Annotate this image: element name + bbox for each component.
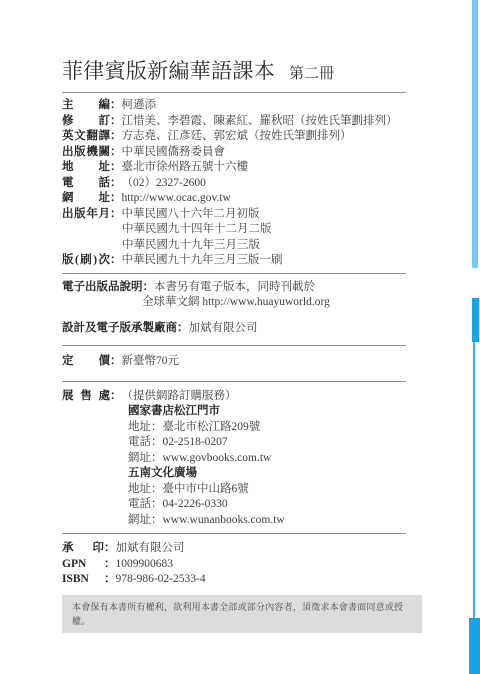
publication-info: 主編：柯遜添 修訂：江惜美、李碧霞、陳素紅、羅秋昭（按姓氏筆劃排列） 英文翻譯：… bbox=[62, 98, 422, 269]
row-colon: ： bbox=[151, 436, 163, 448]
divider bbox=[62, 92, 406, 93]
row-colon: ： bbox=[151, 421, 163, 433]
row-value: 江惜美、李碧霞、陳素紅、羅秋昭（按姓氏筆劃排列） bbox=[122, 114, 423, 130]
row-colon: ： bbox=[151, 498, 163, 510]
store-entry: 國家書店松江門市 地址：臺北市松江路209號 電話：02-2518-0207 網… bbox=[128, 404, 422, 528]
row-label: 展售處 bbox=[62, 389, 110, 405]
store-name: 五南文化廣場 bbox=[128, 466, 422, 482]
row-colon: ： bbox=[104, 572, 116, 588]
store-row: 網址：www.govbooks.com.tw bbox=[128, 451, 422, 467]
row-value: 04-2226-0330 bbox=[163, 498, 228, 510]
colophon-page: 菲律賓版新編華語課本 第二冊 主編：柯遜添 修訂：江惜美、李碧霞、陳素紅、羅秋昭… bbox=[0, 0, 480, 674]
row-value: 加斌有限公司 bbox=[116, 541, 423, 557]
epub-section: 電子出版品說明：本書另有電子版本，同時刊載於 全球華文網 http://www.… bbox=[62, 280, 422, 311]
row-colon: ： bbox=[110, 129, 122, 145]
row-label: 網址 bbox=[62, 191, 110, 207]
row-label: 出版年月 bbox=[62, 207, 110, 223]
price-row: 定價：新臺幣70元 bbox=[62, 354, 422, 370]
row-value: （02）2327-2600 bbox=[122, 176, 423, 192]
row-label: 設計及電子版承製廠商 bbox=[62, 321, 177, 337]
design-row: 設計及電子版承製廠商：加斌有限公司 bbox=[62, 321, 422, 337]
divider bbox=[62, 381, 406, 382]
row-colon: ： bbox=[110, 191, 122, 207]
footer-section: 承印：加斌有限公司 GPN：1009900683 ISBN：978-986-02… bbox=[62, 541, 422, 588]
row-colon: ： bbox=[177, 321, 189, 337]
row-value: 978-986-02-2533-4 bbox=[116, 572, 423, 588]
row-value: 加斌有限公司 bbox=[189, 321, 423, 337]
copyright-notice-text: 本會保有本書所有權利，欲利用本書全部或部分內容者，須徵求本會書面同意或授權。 bbox=[72, 602, 403, 626]
row-value: www.wunanbooks.com.tw bbox=[163, 514, 285, 526]
row-label: 修訂 bbox=[62, 114, 110, 130]
row-value: 柯遜添 bbox=[122, 98, 423, 114]
info-row: 修訂：江惜美、李碧霞、陳素紅、羅秋昭（按姓氏筆劃排列） bbox=[62, 114, 422, 130]
row-colon: ： bbox=[110, 98, 122, 114]
footer-row: ISBN：978-986-02-2533-4 bbox=[62, 572, 422, 588]
row-label: 承印 bbox=[62, 541, 104, 557]
info-row: 主編：柯遜添 bbox=[62, 98, 422, 114]
row-value: 中華民國九十四年十二月二版 bbox=[122, 222, 422, 238]
row-value: 1009900683 bbox=[116, 557, 423, 573]
row-value: 本書另有電子版本，同時刊載於 bbox=[154, 280, 422, 296]
row-label: 電話 bbox=[128, 498, 151, 510]
row-label: 地址 bbox=[128, 421, 151, 433]
row-label: 電話 bbox=[62, 176, 110, 192]
info-row: 出版機關：中華民國僑務委員會 bbox=[62, 145, 422, 161]
epub-row-continuation: 全球華文網 http://www.huayuworld.org bbox=[62, 295, 422, 311]
row-value: 中華民國九十九年三月三版一刷 bbox=[122, 253, 423, 269]
info-row: 出版年月：中華民國八十六年二月初版 bbox=[62, 207, 422, 223]
stores-note: （提供網路訂購服務） bbox=[122, 389, 423, 405]
row-label: 電話 bbox=[128, 436, 151, 448]
row-value: www.govbooks.com.tw bbox=[163, 452, 272, 464]
row-colon: ： bbox=[110, 160, 122, 176]
colophon-content: 菲律賓版新編華語課本 第二冊 主編：柯遜添 修訂：江惜美、李碧霞、陳素紅、羅秋昭… bbox=[62, 55, 422, 633]
page-title: 菲律賓版新編華語課本 bbox=[62, 55, 275, 85]
row-label: 地址 bbox=[128, 483, 151, 495]
row-colon: ： bbox=[104, 541, 116, 557]
row-value: 方志堯、江彥廷、郭宏斌（按姓氏筆劃排列） bbox=[122, 129, 423, 145]
row-label: GPN bbox=[62, 557, 104, 573]
info-row: 版(刷)次：中華民國九十九年三月三版一刷 bbox=[62, 253, 422, 269]
info-row-continuation: 中華民國九十四年十二月二版 bbox=[62, 222, 422, 238]
info-row: 地址：臺北市徐州路五號十六樓 bbox=[62, 160, 422, 176]
row-label: ISBN bbox=[62, 572, 104, 588]
row-value: 全球華文網 http://www.huayuworld.org bbox=[142, 295, 422, 311]
row-label: 版(刷)次 bbox=[62, 253, 110, 269]
footer-row: 承印：加斌有限公司 bbox=[62, 541, 422, 557]
row-value: 臺北市徐州路五號十六樓 bbox=[122, 160, 423, 176]
epub-row: 電子出版品說明：本書另有電子版本，同時刊載於 bbox=[62, 280, 422, 296]
row-label: 電子出版品說明 bbox=[62, 280, 143, 296]
row-value: 中華民國九十九年三月三版 bbox=[122, 238, 422, 254]
info-row: 電話：（02）2327-2600 bbox=[62, 176, 422, 192]
stores-section: 展售處：（提供網路訂購服務） 國家書店松江門市 地址：臺北市松江路209號 電話… bbox=[62, 389, 422, 529]
row-colon: ： bbox=[110, 253, 122, 269]
info-row: 網址：http://www.ocac.gov.tw bbox=[62, 191, 422, 207]
row-value: 02-2518-0207 bbox=[163, 436, 228, 448]
row-label: 網址 bbox=[128, 514, 151, 526]
store-row: 網址：www.wunanbooks.com.tw bbox=[128, 513, 422, 529]
right-edge-blue-bar bbox=[472, 298, 479, 342]
row-label: 主編 bbox=[62, 98, 110, 114]
row-value: 臺中市中山路6號 bbox=[163, 483, 249, 495]
divider bbox=[62, 273, 406, 274]
right-edge-bottom-blue-bar bbox=[469, 618, 480, 674]
row-colon: ： bbox=[151, 514, 163, 526]
divider bbox=[62, 345, 406, 346]
volume-label: 第二冊 bbox=[289, 62, 334, 83]
row-value: 中華民國僑務委員會 bbox=[122, 145, 423, 161]
stores-header-row: 展售處：（提供網路訂購服務） bbox=[62, 389, 422, 405]
store-name: 國家書店松江門市 bbox=[128, 404, 422, 420]
row-label: 英文翻譯 bbox=[62, 129, 110, 145]
right-edge-light-blue-bar bbox=[472, 0, 478, 268]
row-colon: ： bbox=[151, 483, 163, 495]
info-row-continuation: 中華民國九十九年三月三版 bbox=[62, 238, 422, 254]
row-colon: ： bbox=[151, 452, 163, 464]
store-row: 電話：04-2226-0330 bbox=[128, 497, 422, 513]
store-row: 地址：臺中市中山路6號 bbox=[128, 482, 422, 498]
right-edge-thin-blue-line bbox=[473, 342, 475, 618]
title-line: 菲律賓版新編華語課本 第二冊 bbox=[62, 55, 422, 83]
store-row: 電話：02-2518-0207 bbox=[128, 435, 422, 451]
footer-row: GPN：1009900683 bbox=[62, 557, 422, 573]
row-label: 出版機關 bbox=[62, 145, 110, 161]
store-row: 地址：臺北市松江路209號 bbox=[128, 420, 422, 436]
row-value: 臺北市松江路209號 bbox=[163, 421, 261, 433]
row-label: 地址 bbox=[62, 160, 110, 176]
row-colon: ： bbox=[104, 557, 116, 573]
row-colon: ： bbox=[110, 207, 122, 223]
row-label: 網址 bbox=[128, 452, 151, 464]
row-colon: ： bbox=[110, 389, 122, 405]
info-row: 英文翻譯：方志堯、江彥廷、郭宏斌（按姓氏筆劃排列） bbox=[62, 129, 422, 145]
row-colon: ： bbox=[110, 176, 122, 192]
row-colon: ： bbox=[110, 114, 122, 130]
row-colon: ： bbox=[110, 145, 122, 161]
row-value: http://www.ocac.gov.tw bbox=[122, 191, 423, 207]
row-colon: ： bbox=[143, 280, 155, 296]
row-value: 新臺幣70元 bbox=[122, 354, 423, 370]
row-label: 定價 bbox=[62, 354, 110, 370]
row-colon: ： bbox=[110, 354, 122, 370]
row-value: 中華民國八十六年二月初版 bbox=[122, 207, 423, 223]
divider bbox=[62, 533, 406, 534]
copyright-notice-box: 本會保有本書所有權利，欲利用本書全部或部分內容者，須徵求本會書面同意或授權。 bbox=[62, 595, 422, 633]
